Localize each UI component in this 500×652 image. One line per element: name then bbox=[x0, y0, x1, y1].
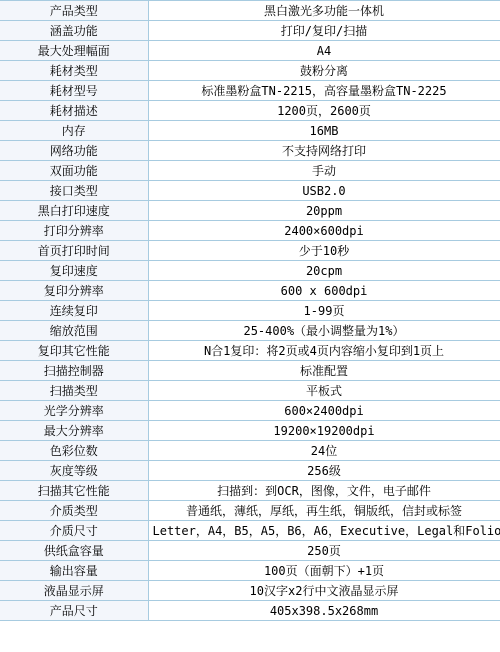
spec-row: 双面功能手动 bbox=[0, 161, 500, 181]
spec-value: 黑白激光多功能一体机 bbox=[148, 1, 500, 21]
spec-row: 首页打印时间少于10秒 bbox=[0, 241, 500, 261]
spec-value: 标准配置 bbox=[148, 361, 500, 381]
spec-row: 输出容量100页（面朝下）+1页 bbox=[0, 561, 500, 581]
spec-value: 扫描到：到OCR，图像，文件，电子邮件 bbox=[148, 481, 500, 501]
spec-value: 24位 bbox=[148, 441, 500, 461]
spec-row: 扫描类型平板式 bbox=[0, 381, 500, 401]
spec-label: 复印其它性能 bbox=[0, 341, 148, 361]
spec-label: 打印分辨率 bbox=[0, 221, 148, 241]
spec-label: 介质类型 bbox=[0, 501, 148, 521]
spec-value: 鼓粉分离 bbox=[148, 61, 500, 81]
spec-label: 液晶显示屏 bbox=[0, 581, 148, 601]
spec-value: 250页 bbox=[148, 541, 500, 561]
spec-label: 接口类型 bbox=[0, 181, 148, 201]
spec-label: 网络功能 bbox=[0, 141, 148, 161]
spec-label: 输出容量 bbox=[0, 561, 148, 581]
spec-value: 405x398.5x268mm bbox=[148, 601, 500, 621]
spec-table-body: 产品类型黑白激光多功能一体机涵盖功能打印/复印/扫描最大处理幅面A4耗材类型鼓粉… bbox=[0, 1, 500, 621]
spec-row: 接口类型USB2.0 bbox=[0, 181, 500, 201]
spec-value: 25-400%（最小调整量为1%） bbox=[148, 321, 500, 341]
spec-value: 打印/复印/扫描 bbox=[148, 21, 500, 41]
spec-row: 耗材型号标准墨粉盒TN-2215，高容量墨粉盒TN-2225 bbox=[0, 81, 500, 101]
spec-row: 液晶显示屏10汉字x2行中文液晶显示屏 bbox=[0, 581, 500, 601]
spec-row: 色彩位数24位 bbox=[0, 441, 500, 461]
spec-row: 耗材描述1200页，2600页 bbox=[0, 101, 500, 121]
spec-row: 内存16MB bbox=[0, 121, 500, 141]
spec-row: 复印速度20cpm bbox=[0, 261, 500, 281]
spec-row: 缩放范围25-400%（最小调整量为1%） bbox=[0, 321, 500, 341]
spec-value: 1200页，2600页 bbox=[148, 101, 500, 121]
spec-label: 连续复印 bbox=[0, 301, 148, 321]
spec-label: 灰度等级 bbox=[0, 461, 148, 481]
spec-row: 最大分辨率19200×19200dpi bbox=[0, 421, 500, 441]
spec-label: 最大处理幅面 bbox=[0, 41, 148, 61]
spec-value: 2400×600dpi bbox=[148, 221, 500, 241]
spec-label: 产品类型 bbox=[0, 1, 148, 21]
spec-value: 100页（面朝下）+1页 bbox=[148, 561, 500, 581]
spec-label: 复印分辨率 bbox=[0, 281, 148, 301]
spec-row: 网络功能不支持网络打印 bbox=[0, 141, 500, 161]
spec-label: 复印速度 bbox=[0, 261, 148, 281]
spec-value: Letter，A4，B5，A5，B6，A6，Executive，Legal和Fo… bbox=[148, 521, 500, 541]
spec-table: 产品类型黑白激光多功能一体机涵盖功能打印/复印/扫描最大处理幅面A4耗材类型鼓粉… bbox=[0, 0, 500, 621]
spec-row: 光学分辨率600×2400dpi bbox=[0, 401, 500, 421]
spec-row: 产品尺寸405x398.5x268mm bbox=[0, 601, 500, 621]
spec-value: 256级 bbox=[148, 461, 500, 481]
spec-row: 黑白打印速度20ppm bbox=[0, 201, 500, 221]
spec-value: 600×2400dpi bbox=[148, 401, 500, 421]
spec-label: 双面功能 bbox=[0, 161, 148, 181]
spec-row: 产品类型黑白激光多功能一体机 bbox=[0, 1, 500, 21]
spec-value: USB2.0 bbox=[148, 181, 500, 201]
spec-value: 1-99页 bbox=[148, 301, 500, 321]
spec-label: 内存 bbox=[0, 121, 148, 141]
spec-label: 扫描控制器 bbox=[0, 361, 148, 381]
spec-row: 最大处理幅面A4 bbox=[0, 41, 500, 61]
spec-value: 20cpm bbox=[148, 261, 500, 281]
spec-value: 16MB bbox=[148, 121, 500, 141]
spec-label: 首页打印时间 bbox=[0, 241, 148, 261]
spec-value: 标准墨粉盒TN-2215，高容量墨粉盒TN-2225 bbox=[148, 81, 500, 101]
spec-value: 10汉字x2行中文液晶显示屏 bbox=[148, 581, 500, 601]
spec-label: 扫描其它性能 bbox=[0, 481, 148, 501]
spec-value: A4 bbox=[148, 41, 500, 61]
spec-row: 扫描其它性能扫描到：到OCR，图像，文件，电子邮件 bbox=[0, 481, 500, 501]
spec-value: N合1复印：将2页或4页内容缩小复印到1页上 bbox=[148, 341, 500, 361]
spec-value: 手动 bbox=[148, 161, 500, 181]
spec-value: 普通纸，薄纸，厚纸，再生纸，铜版纸，信封或标签 bbox=[148, 501, 500, 521]
spec-label: 耗材类型 bbox=[0, 61, 148, 81]
spec-row: 连续复印1-99页 bbox=[0, 301, 500, 321]
spec-row: 涵盖功能打印/复印/扫描 bbox=[0, 21, 500, 41]
spec-value: 600 x 600dpi bbox=[148, 281, 500, 301]
spec-label: 产品尺寸 bbox=[0, 601, 148, 621]
spec-label: 色彩位数 bbox=[0, 441, 148, 461]
product-spec-panel: 产品类型黑白激光多功能一体机涵盖功能打印/复印/扫描最大处理幅面A4耗材类型鼓粉… bbox=[0, 0, 500, 652]
spec-label: 耗材型号 bbox=[0, 81, 148, 101]
spec-row: 复印其它性能N合1复印：将2页或4页内容缩小复印到1页上 bbox=[0, 341, 500, 361]
spec-value: 不支持网络打印 bbox=[148, 141, 500, 161]
spec-row: 扫描控制器标准配置 bbox=[0, 361, 500, 381]
spec-row: 打印分辨率2400×600dpi bbox=[0, 221, 500, 241]
spec-label: 黑白打印速度 bbox=[0, 201, 148, 221]
spec-label: 光学分辨率 bbox=[0, 401, 148, 421]
spec-row: 复印分辨率600 x 600dpi bbox=[0, 281, 500, 301]
spec-label: 介质尺寸 bbox=[0, 521, 148, 541]
spec-value: 少于10秒 bbox=[148, 241, 500, 261]
spec-label: 涵盖功能 bbox=[0, 21, 148, 41]
spec-row: 介质类型普通纸，薄纸，厚纸，再生纸，铜版纸，信封或标签 bbox=[0, 501, 500, 521]
spec-label: 缩放范围 bbox=[0, 321, 148, 341]
spec-row: 供纸盒容量250页 bbox=[0, 541, 500, 561]
spec-value: 20ppm bbox=[148, 201, 500, 221]
spec-label: 最大分辨率 bbox=[0, 421, 148, 441]
spec-label: 供纸盒容量 bbox=[0, 541, 148, 561]
spec-row: 灰度等级256级 bbox=[0, 461, 500, 481]
spec-row: 耗材类型鼓粉分离 bbox=[0, 61, 500, 81]
spec-value: 平板式 bbox=[148, 381, 500, 401]
spec-label: 耗材描述 bbox=[0, 101, 148, 121]
spec-value: 19200×19200dpi bbox=[148, 421, 500, 441]
spec-row: 介质尺寸Letter，A4，B5，A5，B6，A6，Executive，Lega… bbox=[0, 521, 500, 541]
spec-label: 扫描类型 bbox=[0, 381, 148, 401]
